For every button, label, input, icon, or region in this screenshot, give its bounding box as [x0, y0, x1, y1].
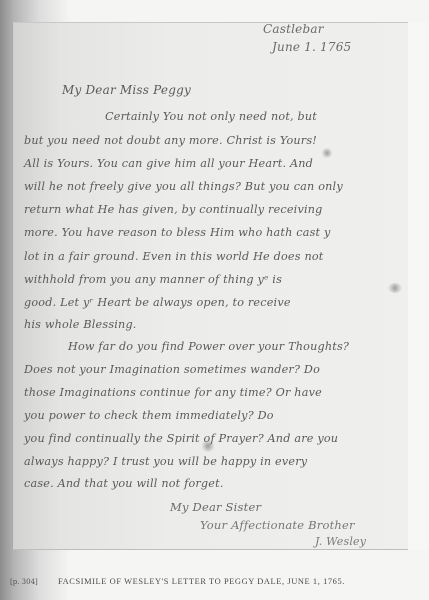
- letter-line: will he not freely give you all things? …: [24, 180, 343, 193]
- letter-line: but you need not doubt any more. Christ …: [24, 134, 317, 147]
- letter-line: those Imaginations continue for any time…: [24, 386, 322, 399]
- letter-line: more. You have reason to bless Him who h…: [24, 226, 331, 239]
- letter-line: you power to check them immediately? Do: [24, 409, 274, 422]
- page-reference: [p. 304]: [10, 578, 38, 586]
- letter-line: Certainly You not only need not, but: [105, 110, 317, 123]
- page-right-margin: [408, 22, 429, 550]
- letter-line: case. And that you will not forget.: [24, 477, 224, 490]
- letter-salutation: My Dear Miss Peggy: [62, 83, 191, 97]
- letter-date: June 1. 1765: [272, 40, 351, 54]
- letter-signature: J. Wesley: [315, 535, 366, 548]
- letter-line: All is Yours. You can give him all your …: [24, 157, 313, 170]
- letter-line: lot in a fair ground. Even in this world…: [24, 250, 323, 263]
- letter-sheet: [12, 22, 408, 550]
- letter-line: return what He has given, by continually…: [24, 203, 323, 216]
- letter-line: his whole Blessing.: [24, 318, 137, 331]
- letter-line: you find continually the Spirit of Praye…: [24, 432, 338, 445]
- letter-closing: My Dear Sister: [170, 500, 261, 514]
- letter-line: good. Let yʳ Heart be always open, to re…: [24, 296, 291, 309]
- ink-blot: [388, 283, 402, 293]
- letter-sign-off: Your Affectionate Brother: [200, 518, 355, 532]
- letter-line: Does not your Imagination sometimes wand…: [24, 363, 320, 376]
- letter-line: always happy? I trust you will be happy …: [24, 455, 307, 468]
- letter-line: How far do you find Power over your Thou…: [68, 340, 349, 353]
- ink-blot: [322, 148, 332, 158]
- letter-line: withhold from you any manner of thing yᵉ…: [24, 273, 282, 286]
- figure-caption: FACSIMILE OF WESLEY'S LETTER TO PEGGY DA…: [58, 577, 345, 586]
- letter-place: Castlebar: [263, 22, 324, 36]
